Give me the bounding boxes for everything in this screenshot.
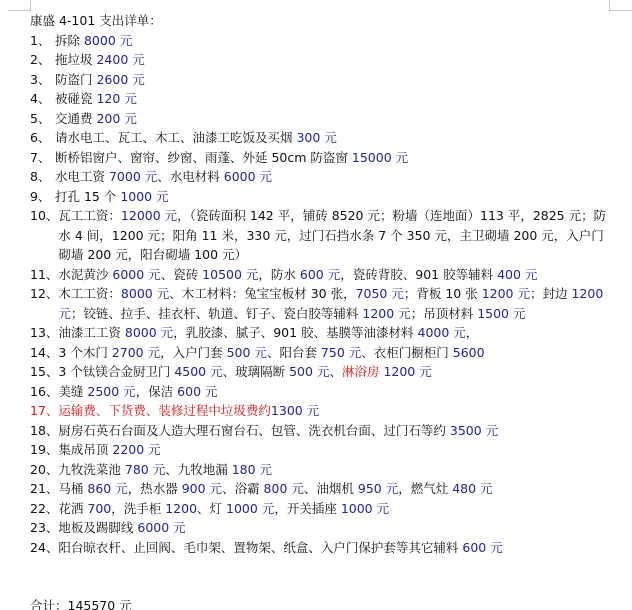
item-number: 5、 xyxy=(30,109,55,129)
item-number: 23、 xyxy=(30,518,58,538)
item-label: 马桶 xyxy=(58,481,87,496)
amount: 500 元 xyxy=(289,364,329,379)
expense-item: 13、油漆工工资 8000 元，乳胶漆、腻子、901 胶、基膜等油漆材料 400… xyxy=(30,323,610,343)
expense-item: 9、打孔 15 个 1000 元 xyxy=(30,187,610,207)
expense-item: 1、拆除 8000 元 xyxy=(30,31,610,51)
item-text: 油漆工工资 8000 元，乳胶漆、腻子、901 胶、基膜等油漆材料 4000 元… xyxy=(58,323,610,343)
item-number: 7、 xyxy=(30,148,55,168)
item-label: 请水电工、瓦工、木工、油漆工吃饭及买烟 xyxy=(55,130,296,145)
item-label: 打孔 15 个 xyxy=(55,189,120,204)
item-label: ；背板 10 张 xyxy=(404,286,482,301)
item-number: 22、 xyxy=(30,499,58,519)
item-label: ，开关插座 xyxy=(274,501,340,516)
expense-item: 3、防盗门 2600 元 xyxy=(30,70,610,90)
expense-item: 7、断桥铝窗户、窗帘、纱窗、雨蓬、外延 50cm 防盗窗 15000 元 xyxy=(30,148,610,168)
item-label: 水泥黄沙 xyxy=(58,267,112,282)
amount: 2600 元 xyxy=(96,72,144,87)
amount: 700 xyxy=(87,501,111,516)
item-text: 地板及踢脚线 6000 元 xyxy=(58,518,610,538)
item-text: 九牧洗菜池 780 元、九牧地漏 180 元 xyxy=(58,460,610,480)
amount: 1200 元 xyxy=(383,364,431,379)
item-label: 、九牧地漏 xyxy=(165,462,231,477)
expense-item: 23、地板及踢脚线 6000 元 xyxy=(30,518,610,538)
amount: 400 元 xyxy=(497,267,537,282)
item-label: 、灯 xyxy=(197,501,226,516)
amount: 180 元 xyxy=(232,462,272,477)
amount: 600 元 xyxy=(462,540,502,555)
item-label: ；铰链、拉手、挂衣杆、轨道、钉子、瓷白胶等辅料 xyxy=(71,306,362,321)
amount: 480 元 xyxy=(452,481,492,496)
item-text: 阳台晾衣杆、止回阀、毛巾架、置物架、纸盒、入户门保护套等其它辅料 600 元 xyxy=(58,538,610,558)
item-label: 油漆工工资 xyxy=(58,325,124,340)
item-number: 14、 xyxy=(30,343,58,363)
item-label: 、木工材料：兔宝宝板材 30 张， xyxy=(169,286,355,301)
expense-list: 1、拆除 8000 元2、拖垃圾 2400 元3、防盗门 2600 元4、被碰瓷… xyxy=(30,31,610,558)
item-label: 水电工资 xyxy=(55,169,109,184)
amount: 1000 元 xyxy=(120,189,168,204)
amount: 2500 元 xyxy=(87,384,135,399)
blank-space xyxy=(30,557,610,596)
expense-item: 14、3 个木门 2700 元，入户门套 500 元、阳台套 750 元、衣柜门… xyxy=(30,343,610,363)
total-line: 合计：145570 元 xyxy=(30,596,610,610)
item-label: 断桥铝窗户、窗帘、纱窗、雨蓬、外延 50cm 防盗窗 xyxy=(55,150,352,165)
expense-item: 5、交通费 200 元 xyxy=(30,109,610,129)
amount: 7000 元 xyxy=(109,169,157,184)
amount: 500 元 xyxy=(227,345,267,360)
item-text: 打孔 15 个 1000 元 xyxy=(55,187,610,207)
document-body: 康盛 4-101 支出详单： 1、拆除 8000 元2、拖垃圾 2400 元3、… xyxy=(30,11,610,610)
item-label: 九牧洗菜池 xyxy=(58,462,124,477)
item-text: 交通费 200 元 xyxy=(55,109,610,129)
item-label: ，入户门套 xyxy=(160,345,226,360)
expense-item: 21、马桶 860 元，热水器 900 元、浴霸 800 元、油烟机 950 元… xyxy=(30,479,610,499)
expense-item: 20、九牧洗菜池 780 元、九牧地漏 180 元 xyxy=(30,460,610,480)
expense-item: 2、拖垃圾 2400 元 xyxy=(30,50,610,70)
amount: 7050 元 xyxy=(356,286,404,301)
item-number: 17、 xyxy=(30,401,58,421)
item-label: ，乳胶漆、腻子、901 胶、基膜等油漆材料 xyxy=(173,325,417,340)
amount: 2200 元 xyxy=(112,442,160,457)
item-text: 3 个木门 2700 元，入户门套 500 元、阳台套 750 元、衣柜门橱柜门… xyxy=(58,343,610,363)
item-text: 瓦工工资：12000 元，（瓷砖面积 142 平，铺砖 8520 元；粉墙（连地… xyxy=(58,206,610,265)
item-label: ，保洁 xyxy=(136,384,177,399)
item-label: ；吊顶材料 xyxy=(411,306,477,321)
amount: 8000 元 xyxy=(84,33,132,48)
expense-item: 11、水泥黄沙 6000 元、瓷砖 10500 元，防水 600 元，瓷砖背胶、… xyxy=(30,265,610,285)
highlighted-text: 运输费、下货费、装修过程中垃圾费约 xyxy=(58,403,271,418)
item-text: 厨房石英石台面及人造大理石窗台石、包管、洗衣机台面、过门石等约 3500 元 xyxy=(58,421,610,441)
item-number: 9、 xyxy=(30,187,55,207)
item-number: 4、 xyxy=(30,89,55,109)
item-label: 地板及踢脚线 xyxy=(58,520,137,535)
item-text: 水电工资 7000 元、水电材料 6000 元 xyxy=(55,167,610,187)
amount: 600 元 xyxy=(177,384,217,399)
item-label: 、水电材料 xyxy=(157,169,223,184)
expense-item: 10、瓦工工资：12000 元，（瓷砖面积 142 平，铺砖 8520 元；粉墙… xyxy=(30,206,610,265)
item-text: 防盗门 2600 元 xyxy=(55,70,610,90)
item-label: ，洗手柜 xyxy=(111,501,165,516)
item-label: 集成吊顶 xyxy=(58,442,112,457)
item-label: 、衣柜门橱柜门 xyxy=(361,345,452,360)
item-number: 3、 xyxy=(30,70,55,90)
item-label: ；封边 xyxy=(530,286,571,301)
item-label: 、玻璃隔断 xyxy=(223,364,289,379)
expense-item: 24、阳台晾衣杆、止回阀、毛巾架、置物架、纸盒、入户门保护套等其它辅料 600 … xyxy=(30,538,610,558)
item-number: 12、 xyxy=(30,284,58,323)
amount: 2700 元 xyxy=(112,345,160,360)
item-label: 、浴霸 xyxy=(222,481,263,496)
item-number: 10、 xyxy=(30,206,58,265)
expense-item: 12、木工工资：8000 元、木工材料：兔宝宝板材 30 张，7050 元；背板… xyxy=(30,284,610,323)
item-label: ，瓷砖背胶、901 胶等辅料 xyxy=(340,267,497,282)
item-label: 交通费 xyxy=(55,111,96,126)
amount: 6000 元 xyxy=(112,267,160,282)
item-text: 拖垃圾 2400 元 xyxy=(55,50,610,70)
item-label: ，燃气灶 xyxy=(398,481,452,496)
item-number: 16、 xyxy=(30,382,58,402)
item-label: 3 个钛镁合金厨卫门 xyxy=(58,364,174,379)
item-text: 拆除 8000 元 xyxy=(55,31,610,51)
amount: 1500 元 xyxy=(477,306,525,321)
amount: 600 元 xyxy=(300,267,340,282)
amount: 300 元 xyxy=(296,130,336,145)
expense-item: 19、集成吊顶 2200 元 xyxy=(30,440,610,460)
amount: 8000 元 xyxy=(121,286,169,301)
amount: 8000 元 xyxy=(125,325,173,340)
item-label: 、 xyxy=(329,364,342,379)
item-label: 、瓷砖 xyxy=(161,267,202,282)
item-text: 被碰瓷 120 元 xyxy=(55,89,610,109)
item-label: ，热水器 xyxy=(128,481,182,496)
item-number: 15、 xyxy=(30,362,58,382)
item-text: 运输费、下货费、装修过程中垃圾费约1300 元 xyxy=(58,401,610,421)
item-text: 木工工资：8000 元、木工材料：兔宝宝板材 30 张，7050 元；背板 10… xyxy=(58,284,610,323)
item-label: 瓦工工资： xyxy=(58,208,121,223)
page-corner-mark-right xyxy=(609,0,632,11)
item-number: 13、 xyxy=(30,323,58,343)
item-label: ，防水 xyxy=(258,267,299,282)
amount: 750 元 xyxy=(321,345,361,360)
item-number: 11、 xyxy=(30,265,58,285)
item-number: 1、 xyxy=(30,31,55,51)
item-label: 花洒 xyxy=(58,501,87,516)
amount: 15000 元 xyxy=(352,150,408,165)
amount: 6000 元 xyxy=(224,169,272,184)
amount: 860 元 xyxy=(87,481,127,496)
item-number: 20、 xyxy=(30,460,58,480)
item-label: 防盗门 xyxy=(55,72,96,87)
expense-item: 8、水电工资 7000 元、水电材料 6000 元 xyxy=(30,167,610,187)
expense-item: 4、被碰瓷 120 元 xyxy=(30,89,610,109)
page-corner-mark-left xyxy=(8,0,31,11)
item-text: 3 个钛镁合金厨卫门 4500 元、玻璃隔断 500 元、淋浴房 1200 元 xyxy=(58,362,610,382)
item-label: ， xyxy=(466,325,479,340)
amount: 10500 元 xyxy=(202,267,258,282)
amount: 6000 元 xyxy=(137,520,185,535)
item-label: 被碰瓷 xyxy=(55,91,96,106)
item-number: 2、 xyxy=(30,50,55,70)
amount: 1000 元 xyxy=(226,501,274,516)
item-text: 请水电工、瓦工、木工、油漆工吃饭及买烟 300 元 xyxy=(55,128,610,148)
amount: 1200 元 xyxy=(482,286,530,301)
item-number: 8、 xyxy=(30,167,55,187)
item-number: 19、 xyxy=(30,440,58,460)
amount: 1200 xyxy=(165,501,197,516)
amount: 800 元 xyxy=(264,481,304,496)
amount: 3500 元 xyxy=(450,423,498,438)
expense-item: 15、3 个钛镁合金厨卫门 4500 元、玻璃隔断 500 元、淋浴房 1200… xyxy=(30,362,610,382)
item-text: 花洒 700，洗手柜 1200、灯 1000 元，开关插座 1000 元 xyxy=(58,499,610,519)
amount: 2400 元 xyxy=(96,52,144,67)
amount: 200 元 xyxy=(96,111,136,126)
amount: 4000 元 xyxy=(418,325,466,340)
item-label: 美缝 xyxy=(58,384,87,399)
amount: 12000 元 xyxy=(121,208,177,223)
item-label: 、油烟机 xyxy=(304,481,358,496)
item-text: 美缝 2500 元，保洁 600 元 xyxy=(58,382,610,402)
expense-item: 22、花洒 700，洗手柜 1200、灯 1000 元，开关插座 1000 元 xyxy=(30,499,610,519)
amount: 4500 元 xyxy=(174,364,222,379)
highlighted-text: 淋浴房 xyxy=(342,364,380,379)
amount: 900 元 xyxy=(182,481,222,496)
item-label: 拆除 xyxy=(55,33,84,48)
expense-item: 6、请水电工、瓦工、木工、油漆工吃饭及买烟 300 元 xyxy=(30,128,610,148)
item-text: 断桥铝窗户、窗帘、纱窗、雨蓬、外延 50cm 防盗窗 15000 元 xyxy=(55,148,610,168)
item-number: 6、 xyxy=(30,128,55,148)
item-number: 18、 xyxy=(30,421,58,441)
item-label: 木工工资： xyxy=(58,286,121,301)
item-text: 集成吊顶 2200 元 xyxy=(58,440,610,460)
amount: 120 元 xyxy=(96,91,136,106)
item-label: 厨房石英石台面及人造大理石窗台石、包管、洗衣机台面、过门石等约 xyxy=(58,423,449,438)
item-text: 马桶 860 元，热水器 900 元、浴霸 800 元、油烟机 950 元，燃气… xyxy=(58,479,610,499)
item-label: 、阳台套 xyxy=(267,345,321,360)
item-number: 21、 xyxy=(30,479,58,499)
item-number: 24、 xyxy=(30,538,58,558)
amount: 780 元 xyxy=(125,462,165,477)
expense-item: 16、美缝 2500 元，保洁 600 元 xyxy=(30,382,610,402)
item-label: 3 个木门 xyxy=(58,345,111,360)
item-label: 拖垃圾 xyxy=(55,52,96,67)
amount: 1300 元 xyxy=(271,403,319,418)
item-label: 阳台晾衣杆、止回阀、毛巾架、置物架、纸盒、入户门保护套等其它辅料 xyxy=(58,540,462,555)
amount: 950 元 xyxy=(358,481,398,496)
document-title: 康盛 4-101 支出详单： xyxy=(30,11,610,31)
item-text: 水泥黄沙 6000 元、瓷砖 10500 元，防水 600 元，瓷砖背胶、901… xyxy=(58,265,610,285)
expense-item: 17、运输费、下货费、装修过程中垃圾费约1300 元 xyxy=(30,401,610,421)
amount: 1200 元 xyxy=(362,306,410,321)
amount: 1000 元 xyxy=(341,501,389,516)
amount: 5600 xyxy=(453,345,485,360)
expense-item: 18、厨房石英石台面及人造大理石窗台石、包管、洗衣机台面、过门石等约 3500 … xyxy=(30,421,610,441)
